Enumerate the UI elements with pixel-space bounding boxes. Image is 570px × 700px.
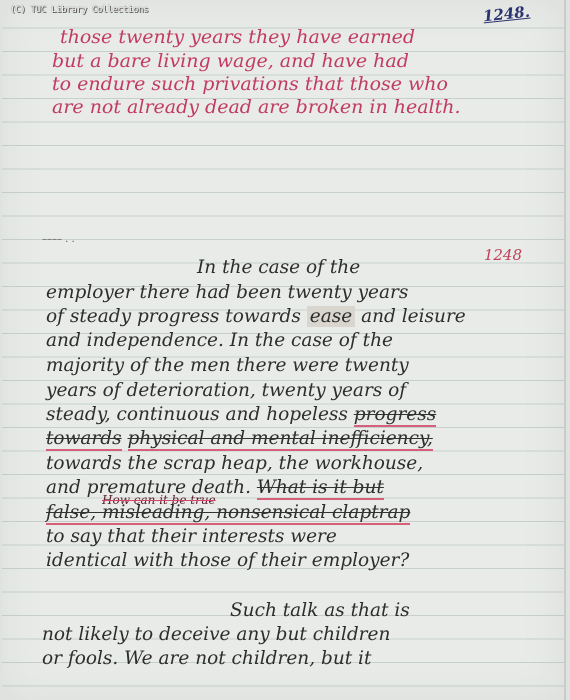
manuscript-page: (C) TUC Library Collections 1248. those …	[2, 0, 566, 700]
red-line-3: to endure such privations that those who	[52, 73, 570, 95]
text-segment: of steady progress towards	[46, 306, 301, 327]
text-line-11: false, misleading, nonsensical claptrap	[46, 502, 570, 525]
text-line-3: of steady progress towards ease and leis…	[46, 306, 570, 327]
text-line-8: towards physical and mental inefficiency…	[46, 428, 570, 451]
text-line-4: and independence. In the case of the	[46, 330, 570, 351]
folio-number-top: 1248.	[482, 3, 531, 26]
highlighted-word: ease	[307, 306, 355, 327]
struck-phrase: What is it but	[257, 477, 384, 500]
text-line-6: years of deterioration, twenty years of	[46, 380, 570, 401]
text-segment: steady, continuous and hopeless	[46, 404, 348, 425]
red-line-4: are not already dead are broken in healt…	[52, 96, 570, 118]
text-line-5: majority of the men there were twenty	[46, 355, 570, 376]
red-line-1: those twenty years they have earned	[60, 26, 570, 48]
copyright-watermark: (C) TUC Library Collections	[10, 5, 148, 15]
text-line-7: steady, continuous and hopeless progress	[46, 404, 570, 427]
struck-word: towards	[46, 428, 122, 451]
text-line-12: to say that their interests were	[46, 526, 570, 547]
struck-phrase: false, misleading, nonsensical claptrap	[46, 502, 410, 525]
text-line-13: identical with those of their employer?	[46, 550, 570, 571]
text-segment: and leisure	[361, 306, 466, 327]
text-line-1: In the case of the	[197, 257, 570, 278]
text-line-15: not likely to deceive any but children	[42, 624, 570, 645]
stub-mark: –––– . .	[42, 234, 75, 245]
text-line-2: employer there had been twenty years	[46, 282, 570, 303]
text-line-14: Such talk as that is	[230, 600, 570, 621]
red-line-2: but a bare living wage, and have had	[52, 50, 570, 72]
struck-phrase: physical and mental inefficiency,	[128, 428, 433, 451]
text-line-16: or fools. We are not children, but it	[42, 648, 570, 669]
struck-word: progress	[354, 404, 436, 427]
text-line-9: towards the scrap heap, the workhouse,	[46, 453, 570, 474]
